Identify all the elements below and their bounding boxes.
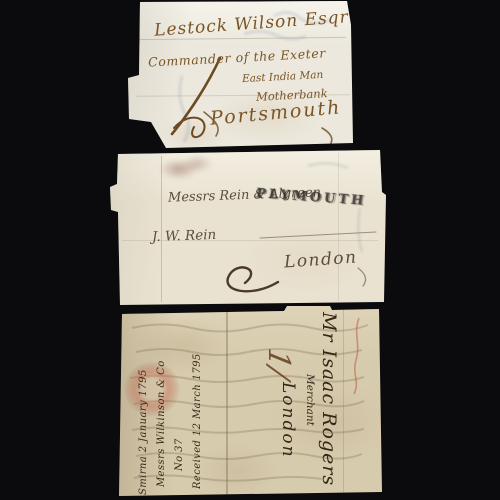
address-line: J. W. Rein: [152, 227, 217, 245]
letter-paper-middle: Messrs Rein & Algreen PLYMOUTH J. W. Rei…: [108, 148, 390, 308]
address-line: Mr Isaac Rogers: [318, 312, 340, 492]
address-line: Lestock Wilson Esqr: [154, 7, 350, 41]
address-line: London: [283, 247, 358, 272]
signature-flourish: [358, 268, 366, 286]
docket-line: No 37: [171, 327, 189, 471]
docket-block: Smirna 2 January 1795 Messrs Wilkinson &…: [135, 327, 211, 497]
cover-rein-london: Messrs Rein & Algreen PLYMOUTH J. W. Rei…: [108, 148, 390, 308]
ghost-writing: [358, 208, 362, 252]
address-line: Merchant: [304, 374, 316, 492]
address-block: Mr Isaac Rogers Merchant London: [236, 312, 340, 492]
address-line: Commander of the Exeter: [148, 45, 327, 69]
cover-lestock-wilson: Lestock Wilson Esqr Commander of the Exe…: [124, 0, 354, 150]
manuscript-paraph: [228, 267, 278, 291]
letter-paper-bottom: Smirna 2 January 1795 Messrs Wilkinson &…: [116, 306, 386, 500]
address-dash: [260, 232, 376, 238]
photo-stage: Lestock Wilson Esqr Commander of the Exe…: [0, 0, 500, 500]
fold-crease: [226, 308, 228, 496]
ghost-writing: [308, 163, 348, 168]
address-line: East India Man: [242, 69, 324, 85]
address-line: Portsmouth: [209, 96, 342, 129]
address-line: London: [278, 382, 298, 492]
manuscript-rate-paraph: [174, 118, 205, 138]
docket-line: Smirna 2 January 1795: [135, 327, 153, 495]
straight-line-postmark: PLYMOUTH: [255, 186, 367, 209]
fold-crease: [338, 153, 339, 301]
paper-stain: [154, 152, 216, 186]
red-ink-notation: [354, 318, 359, 394]
signature-flourish: [322, 128, 332, 145]
docket-line: Messrs Wilkinson & Co: [153, 327, 171, 487]
cover-isaac-rogers: Smirna 2 January 1795 Messrs Wilkinson &…: [116, 306, 386, 500]
letter-paper-top: Lestock Wilson Esqr Commander of the Exe…: [124, 0, 354, 150]
fold-crease: [343, 309, 344, 493]
docket-line: Received 12 March 1795: [189, 327, 207, 489]
ghost-writing: [180, 76, 189, 142]
ink-flourishes: [108, 148, 390, 308]
